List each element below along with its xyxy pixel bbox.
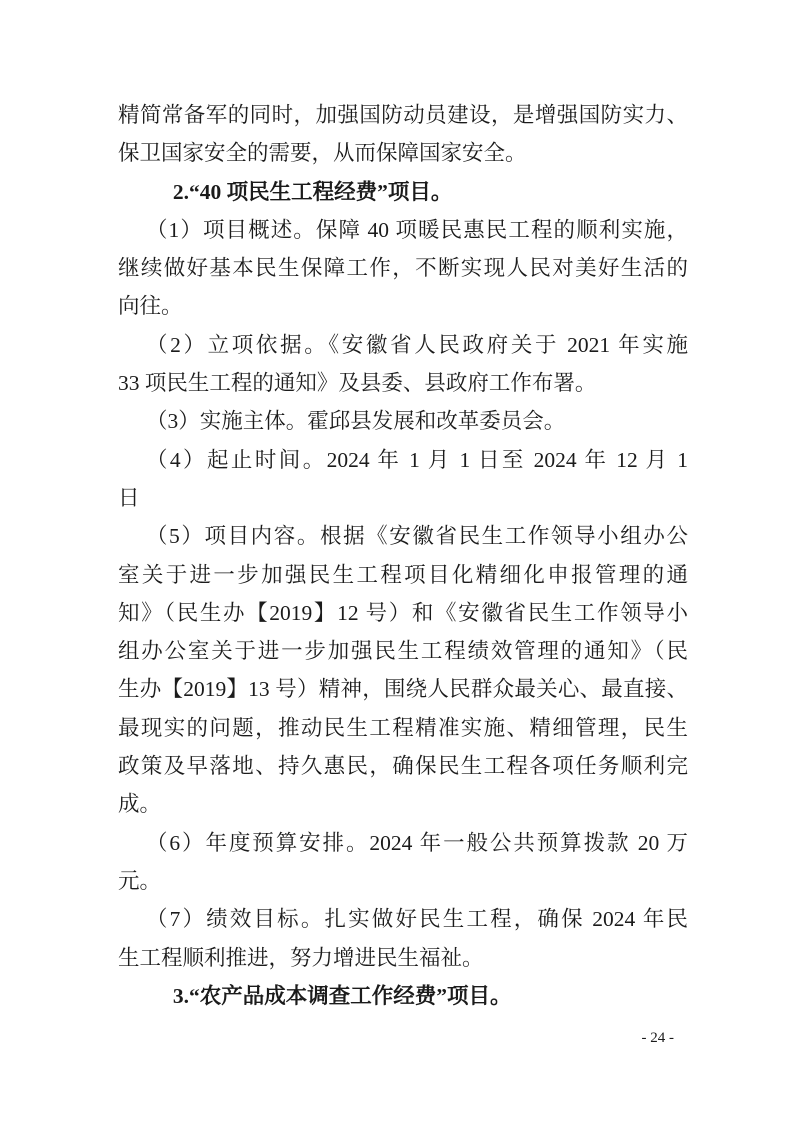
text-line: 成。 xyxy=(118,785,688,823)
page-number: - 24 - xyxy=(0,1028,674,1048)
text-line: （7）绩效目标。扎实做好民生工程，确保 2024 年民 xyxy=(118,900,688,938)
text-line: 生办【2019】13 号）精神，围绕人民群众最关心、最直接、 xyxy=(118,670,688,708)
text-line: 继续做好基本民生保障工作，不断实现人民对美好生活的 xyxy=(118,249,688,287)
text-line: 精简常备军的同时，加强国防动员建设，是增强国防实力、 xyxy=(118,96,688,134)
text-line: 生工程顺利推进，努力增进民生福祉。 xyxy=(118,939,688,977)
section-heading: 3.“农产品成本调查工作经费”项目。 xyxy=(118,977,688,1015)
text-line: 组办公室关于进一步加强民生工程绩效管理的通知》（民 xyxy=(118,632,688,670)
text-line: 室关于进一步加强民生工程项目化精细化申报管理的通 xyxy=(118,556,688,594)
text-line: （1）项目概述。保障 40 项暖民惠民工程的顺利实施， xyxy=(118,211,688,249)
document-page: 精简常备军的同时，加强国防动员建设，是增强国防实力、 保卫国家安全的需要，从而保… xyxy=(0,0,793,1122)
text-line: （6）年度预算安排。2024 年一般公共预算拨款 20 万 xyxy=(118,824,688,862)
text-line: 元。 xyxy=(118,862,688,900)
text-line: 33 项民生工程的通知》及县委、县政府工作布署。 xyxy=(118,364,688,402)
text-line: （5）项目内容。根据《安徽省民生工作领导小组办公 xyxy=(118,517,688,555)
text-line: 保卫国家安全的需要，从而保障国家安全。 xyxy=(118,134,688,172)
text-line: （2）立项依据。《安徽省人民政府关于 2021 年实施 xyxy=(118,326,688,364)
text-line: 最现实的问题，推动民生工程精准实施、精细管理，民生 xyxy=(118,709,688,747)
text-line: （3）实施主体。霍邱县发展和改革委员会。 xyxy=(118,402,688,440)
text-line: 日 xyxy=(118,479,688,517)
section-heading: 2.“40 项民生工程经费”项目。 xyxy=(118,173,688,211)
text-line: 知》（民生办【2019】12 号）和《安徽省民生工作领导小 xyxy=(118,594,688,632)
text-line: 政策及早落地、持久惠民，确保民生工程各项任务顺利完 xyxy=(118,747,688,785)
text-line: （4）起止时间。2024 年 1 月 1 日至 2024 年 12 月 1 xyxy=(118,441,688,479)
text-line: 向往。 xyxy=(118,287,688,325)
document-body: 精简常备军的同时，加强国防动员建设，是增强国防实力、 保卫国家安全的需要，从而保… xyxy=(118,96,688,1015)
